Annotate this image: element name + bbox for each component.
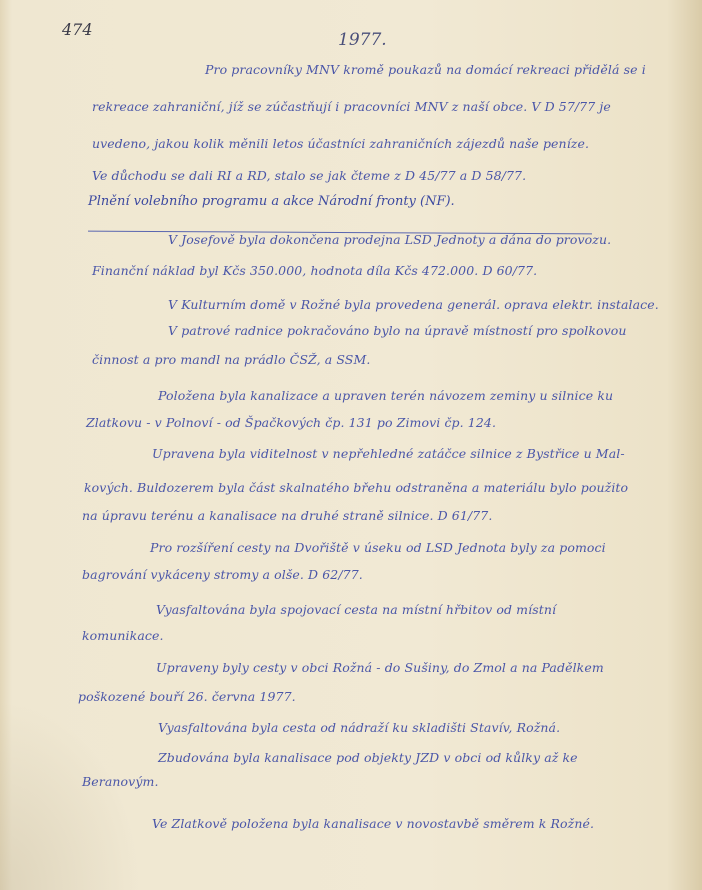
text-line: V patrové radnice pokračováno bylo na úp… [168, 323, 627, 338]
text-line: Pro pracovníky MNV kromě poukazů na domá… [205, 62, 646, 77]
page-shadow [0, 700, 140, 890]
page-number: 474 [62, 20, 93, 39]
text-line: Vyasfaltována byla cesta od nádraží ku s… [158, 720, 560, 735]
text-line: komunikace. [82, 628, 164, 643]
text-line: Ve důchodu se dali RI a RD, stalo se jak… [92, 168, 526, 183]
text-line: Upravena byla viditelnost v nepřehledné … [152, 446, 625, 461]
text-line: Ve Zlatkově položena byla kanalisace v n… [152, 816, 594, 831]
text-line: Beranovým. [82, 774, 159, 789]
text-line: Zbudována byla kanalisace pod objekty JZ… [158, 750, 578, 765]
text-line: na úpravu terénu a kanalisace na druhé s… [82, 508, 492, 523]
text-line: uvedeno, jakou kolik měnili letos účastn… [92, 136, 589, 151]
text-line: Pro rozšíření cesty na Dvořiště v úseku … [150, 540, 606, 555]
section-heading: Plnění volebního programu a akce Národní… [88, 194, 455, 209]
text-line: V Josefově byla dokončena prodejna LSD J… [168, 232, 611, 247]
text-line: Položena byla kanalizace a upraven terén… [158, 388, 613, 403]
text-line: Vyasfaltována byla spojovací cesta na mí… [156, 602, 556, 617]
text-line: Finanční náklad byl Kčs 350.000, hodnota… [92, 263, 537, 278]
year-title: 1977. [338, 30, 387, 50]
text-line: činnost a pro mandl na prádlo ČSŽ, a SSM… [92, 352, 370, 367]
text-line: poškozené bouří 26. června 1977. [78, 689, 296, 704]
document-page: 474 1977. Pro pracovníky MNV kromě pouka… [0, 0, 702, 890]
text-line: bagrování vykáceny stromy a olše. D 62/7… [82, 567, 363, 582]
text-line: kových. Buldozerem byla část skalnatého … [84, 480, 628, 495]
text-line: rekreace zahraniční, jíž se zúčastňují i… [92, 99, 611, 114]
text-line: Upraveny byly cesty v obci Rožná - do Su… [156, 660, 604, 675]
text-line: V Kulturním domě v Rožné byla provedena … [168, 297, 659, 312]
text-line: Zlatkovu - v Polnoví - od Špačkových čp.… [86, 415, 496, 430]
